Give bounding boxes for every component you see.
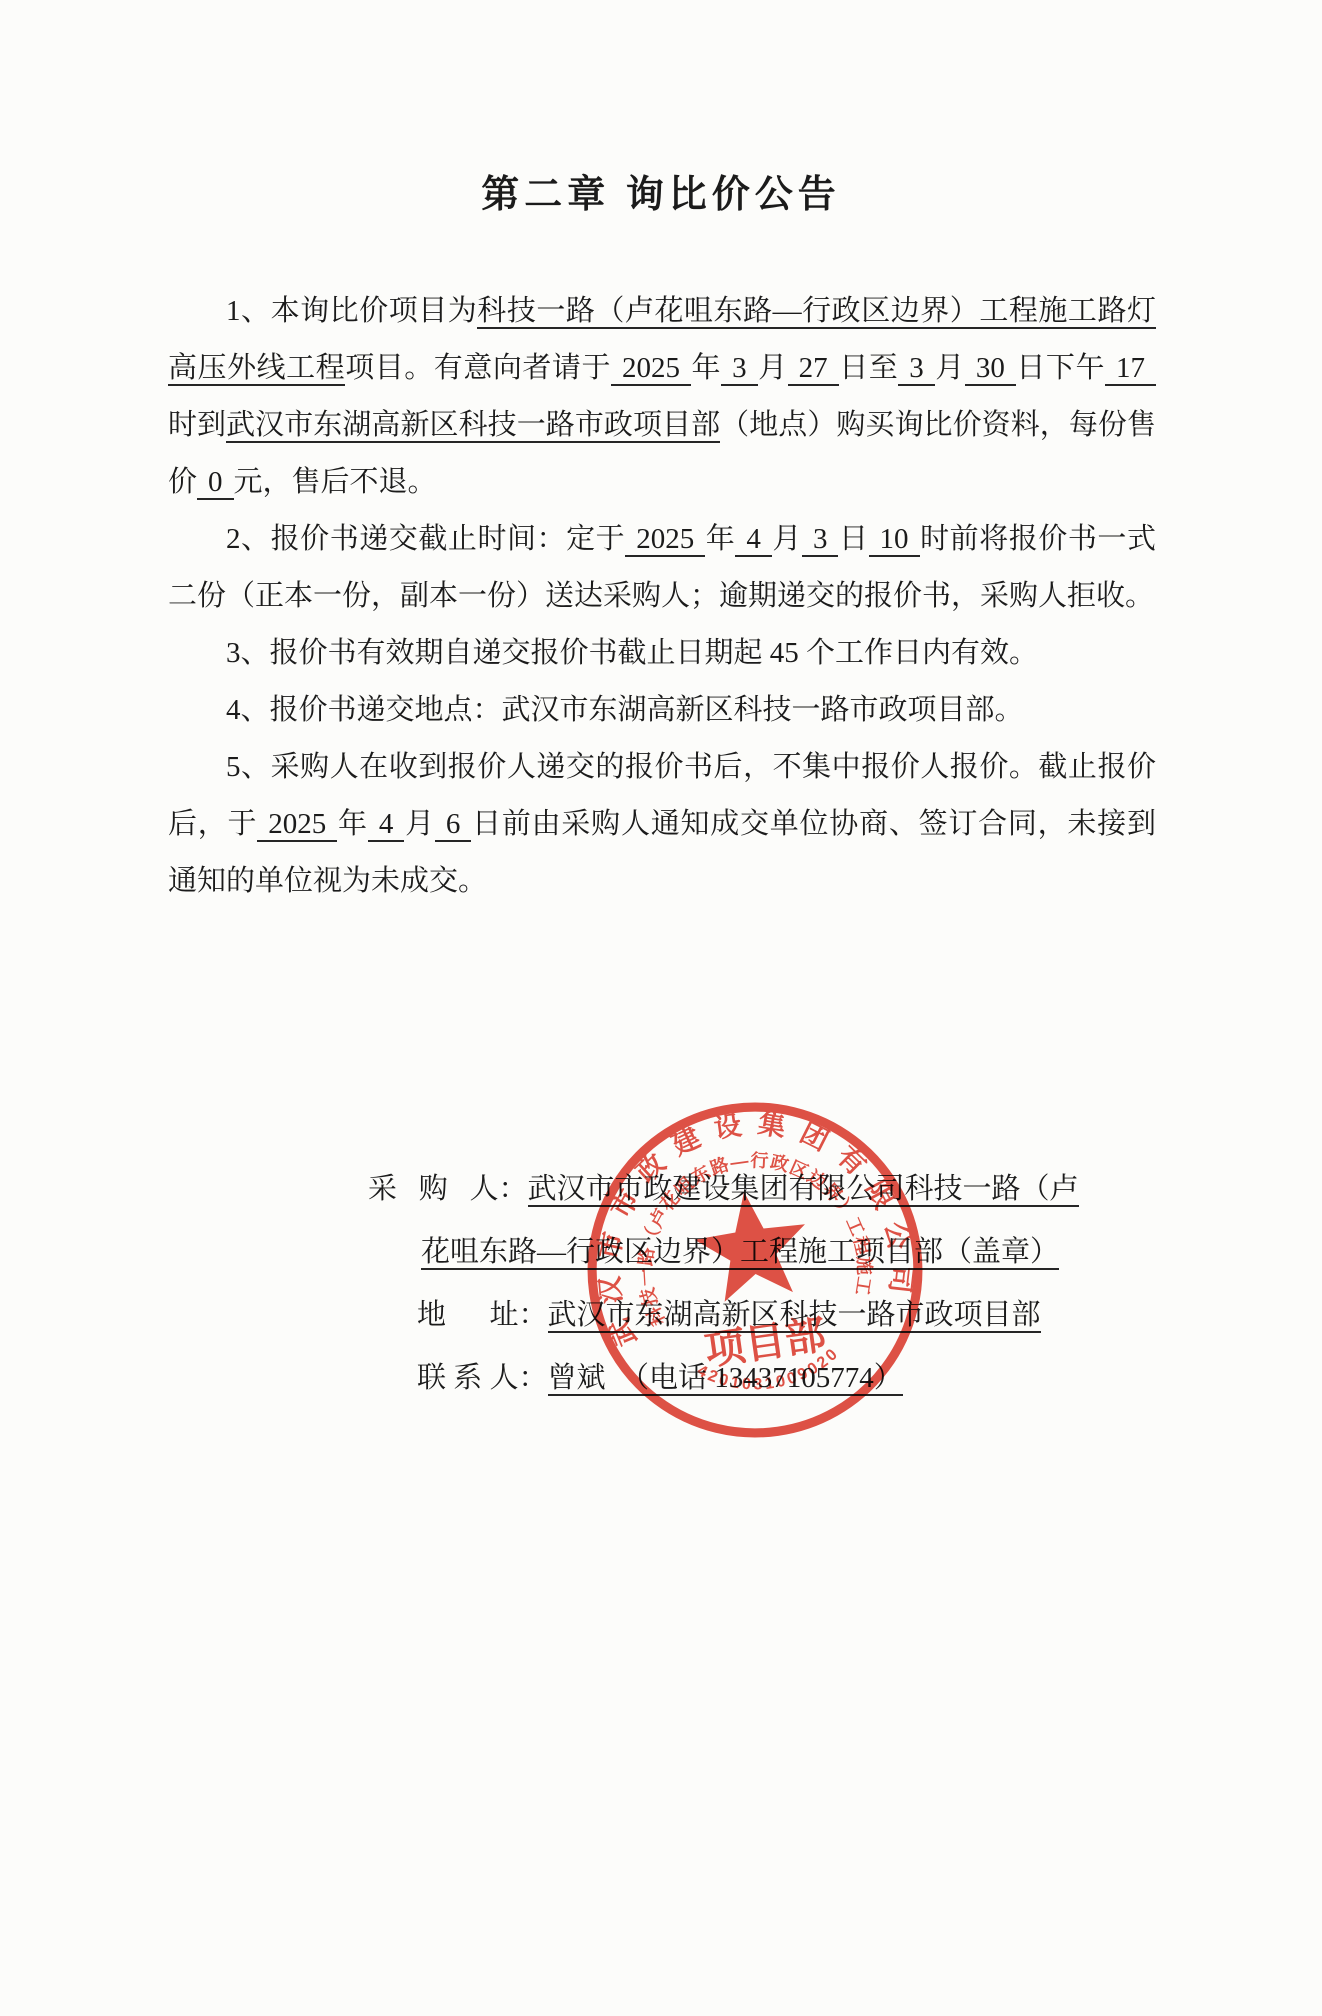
page-title: 第二章 询比价公告 (0, 163, 1322, 218)
text-run: 1、本询比价项目为 (226, 295, 477, 327)
clause-1: 1、本询比价项目为科技一路（卢花咀东路—行政区边界）工程施工路灯高压外线工程项目… (168, 283, 1156, 511)
address-label: 地 址： (417, 1299, 548, 1331)
clause-5: 5、采购人在收到报价人递交的报价书后，不集中报价人报价。截止报价后，于2025年… (168, 739, 1156, 910)
fill-in-value: 4 (735, 523, 772, 557)
star-icon (689, 1184, 814, 1305)
fill-in-value: 3 (802, 523, 839, 557)
fill-in-value: 17 (1105, 352, 1156, 386)
text-run: 年 (337, 808, 368, 840)
underlined-text: 武汉市东湖高新区科技一路市政项目部 (226, 409, 720, 443)
text-run: 月 (758, 352, 788, 384)
text-run: 元，售后不退。 (234, 466, 437, 498)
text-run: 月 (772, 523, 802, 555)
clause-3: 3、报价书有效期自递交报价书截止日期起 45 个工作日内有效。 (168, 625, 1156, 682)
fill-in-value: 6 (435, 808, 472, 842)
fill-in-value: 2025 (611, 352, 691, 386)
text-run: 项目。有意向者请于 (345, 352, 611, 384)
document-page: 第二章 询比价公告 1、本询比价项目为科技一路（卢花咀东路—行政区边界）工程施工… (0, 0, 1322, 2016)
text-run: 日 (838, 523, 868, 555)
fill-in-value: 3 (721, 352, 758, 386)
fill-in-value: 0 (197, 466, 234, 500)
document-body: 1、本询比价项目为科技一路（卢花咀东路—行政区边界）工程施工路灯高压外线工程项目… (168, 283, 1156, 910)
purchaser-label: 采 购 人： (368, 1173, 528, 1205)
text-run: 月 (404, 808, 435, 840)
contact-label: 联 系 人： (417, 1362, 548, 1394)
fill-in-value: 30 (965, 352, 1016, 386)
fill-in-value: 2025 (257, 808, 337, 842)
fill-in-value: 2025 (625, 523, 705, 557)
text-run: 年 (691, 352, 721, 384)
text-run: 年 (705, 523, 735, 555)
official-seal: 武汉市市政建设集团有限公司 科技一路（卢花咀东路—行政区边界）工程施工 项目部 … (561, 1076, 950, 1465)
text-run: 2、报价书递交截止时间：定于 (226, 523, 625, 555)
text-run: 时到 (168, 409, 226, 441)
fill-in-value: 27 (788, 352, 839, 386)
fill-in-value: 4 (368, 808, 405, 842)
text-run: 日下午 (1016, 352, 1105, 384)
text-run: 日至 (839, 352, 899, 384)
clause-4: 4、报价书递交地点：武汉市东湖高新区科技一路市政项目部。 (168, 682, 1156, 739)
fill-in-value: 3 (898, 352, 935, 386)
text-run: 4、报价书递交地点：武汉市东湖高新区科技一路市政项目部。 (226, 694, 1024, 726)
text-run: 月 (935, 352, 965, 384)
fill-in-value: 10 (869, 523, 920, 557)
text-run: 3、报价书有效期自递交报价书截止日期起 45 个工作日内有效。 (226, 637, 1038, 669)
clause-2: 2、报价书递交截止时间：定于2025年4月3日10时前将报价书一式二份（正本一份… (168, 511, 1156, 625)
